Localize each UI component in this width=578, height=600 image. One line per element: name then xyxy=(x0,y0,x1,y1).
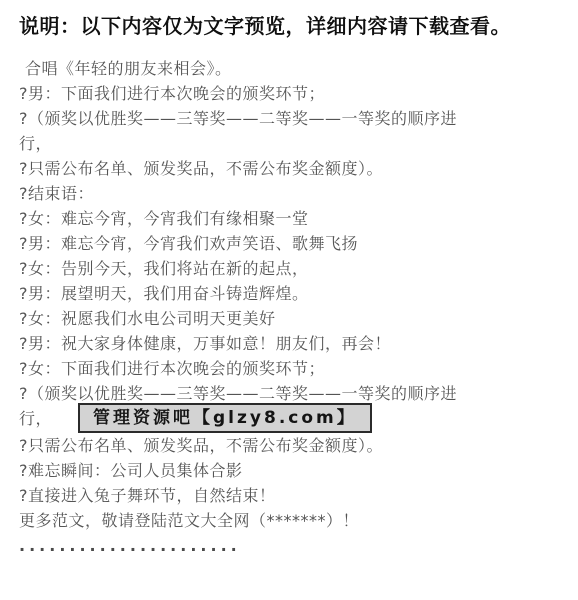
document-preview-page: 说明：以下内容仅为文字预览，详细内容请下载查看。 合唱《年轻的朋友来相会》。?男… xyxy=(0,0,578,600)
text-line: ?女：下面我们进行本次晚会的颁奖环节； xyxy=(19,356,558,381)
text-line: ?难忘瞬间：公司人员集体合影 xyxy=(19,458,558,483)
line-text: ?女：祝愿我们水电公司明天更美好 xyxy=(19,309,276,328)
line-text: ?难忘瞬间：公司人员集体合影 xyxy=(19,461,243,480)
text-line: ?男：下面我们进行本次晚会的颁奖环节； xyxy=(19,81,558,106)
line-text: ?男：难忘今宵，今宵我们欢声笑语、歌舞飞扬 xyxy=(19,234,358,253)
line-text: 行， xyxy=(19,134,52,153)
text-line: 行，管理资源吧【glzy8.com】 xyxy=(19,406,558,433)
line-text: ?女：难忘今宵，今宵我们有缘相聚一堂 xyxy=(19,209,309,228)
line-text: ?男：展望明天，我们用奋斗铸造辉煌。 xyxy=(19,284,309,303)
line-text: ?只需公布名单、颁发奖品，不需公布奖金额度）。 xyxy=(19,436,383,455)
line-text: ?男：下面我们进行本次晚会的颁奖环节； xyxy=(19,84,325,103)
line-text: ...................... xyxy=(19,536,241,555)
text-line: ?女：祝愿我们水电公司明天更美好 xyxy=(19,306,558,331)
text-line: ?结束语： xyxy=(19,181,558,206)
line-text: ?（颁奖以优胜奖——三等奖——二等奖——一等奖的顺序进 xyxy=(19,384,457,403)
text-line: ?男：展望明天，我们用奋斗铸造辉煌。 xyxy=(19,281,558,306)
text-line: 合唱《年轻的朋友来相会》。 xyxy=(19,56,558,81)
text-line: 行， xyxy=(19,131,558,156)
line-text: 更多范文，敬请登陆范文大全网（*******）！ xyxy=(19,511,359,530)
line-text: ?只需公布名单、颁发奖品，不需公布奖金额度）。 xyxy=(19,159,383,178)
text-line: ?直接进入兔子舞环节，自然结束！ xyxy=(19,483,558,508)
dots-separator-line: ...................... xyxy=(19,533,558,558)
line-text: 合唱《年轻的朋友来相会》。 xyxy=(25,59,232,78)
text-line: ?女：难忘今宵，今宵我们有缘相聚一堂 xyxy=(19,206,558,231)
line-text: 行， xyxy=(19,409,52,428)
text-line: ?男：难忘今宵，今宵我们欢声笑语、歌舞飞扬 xyxy=(19,231,558,256)
text-line: ?（颁奖以优胜奖——三等奖——二等奖——一等奖的顺序进 xyxy=(19,106,558,131)
line-text: ?女：告别今天，我们将站在新的起点， xyxy=(19,259,309,278)
preview-notice: 说明：以下内容仅为文字预览，详细内容请下载查看。 xyxy=(19,13,558,39)
text-line: 更多范文，敬请登陆范文大全网（*******）！ xyxy=(19,508,558,533)
preview-text-body: 合唱《年轻的朋友来相会》。?男：下面我们进行本次晚会的颁奖环节；?（颁奖以优胜奖… xyxy=(19,56,558,558)
text-line: ?只需公布名单、颁发奖品，不需公布奖金额度）。 xyxy=(19,156,558,181)
line-text: ?男：祝大家身体健康，万事如意！朋友们，再会！ xyxy=(19,334,391,353)
text-line: ?只需公布名单、颁发奖品，不需公布奖金额度）。 xyxy=(19,433,558,458)
text-line: ?男：祝大家身体健康，万事如意！朋友们，再会！ xyxy=(19,331,558,356)
watermark-badge: 管理资源吧【glzy8.com】 xyxy=(78,403,372,433)
line-text: ?（颁奖以优胜奖——三等奖——二等奖——一等奖的顺序进 xyxy=(19,109,457,128)
line-text: ?结束语： xyxy=(19,184,94,203)
text-line: ?女：告别今天，我们将站在新的起点， xyxy=(19,256,558,281)
line-text: ?女：下面我们进行本次晚会的颁奖环节； xyxy=(19,359,325,378)
line-text: ?直接进入兔子舞环节，自然结束！ xyxy=(19,486,276,505)
